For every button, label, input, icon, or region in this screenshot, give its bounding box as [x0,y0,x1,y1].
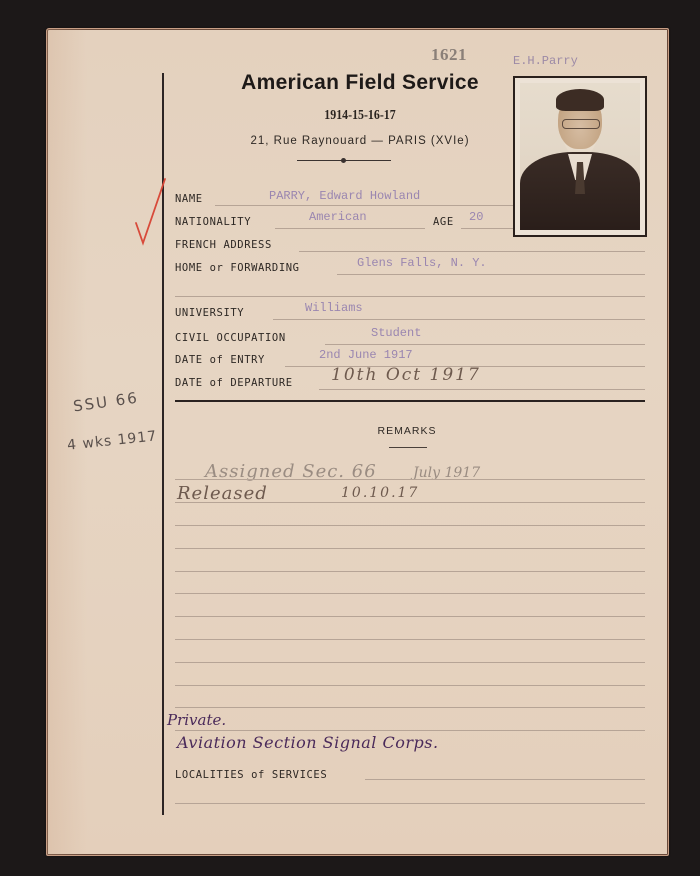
check-mark-icon [133,177,167,247]
field-home-forwarding-line [337,274,645,275]
field-nationality: NATIONALITY [175,210,251,228]
field-name-value: PARRY, Edward Howland [269,189,420,203]
remark-line [175,730,645,731]
field-french-address: FRENCH ADDRESS [175,233,272,251]
field-localities-line [365,779,645,780]
field-home-forwarding-label: HOME or FORWARDING [175,262,300,274]
document-years: 1914-15-16-17 [196,108,524,124]
field-nationality-label: NATIONALITY [175,216,251,228]
field-date-of-departure-label: DATE of DEPARTURE [175,377,293,389]
field-date-of-departure-value: 10th Oct 1917 [331,365,481,385]
field-age-line [461,228,513,229]
field-date-of-entry-value: 2nd June 1917 [319,348,413,362]
field-french-address-label: FRENCH ADDRESS [175,239,272,251]
serial-number: 1621 [431,45,467,65]
remark-released: Released [177,483,268,504]
remark-line [175,525,645,526]
field-nationality-line [275,228,425,229]
photo-image [520,83,640,230]
section-divider [175,400,645,402]
field-home-forwarding: HOME or FORWARDING [175,256,300,274]
record-card: 1621 E.H.Parry American Field Service 19… [46,28,669,856]
remark-line [175,616,645,617]
field-date-of-departure: DATE of DEPARTURE [175,371,293,389]
field-localities-label: LOCALITIES of SERVICES [175,769,327,781]
field-name-line [215,205,513,206]
field-age-value: 20 [469,210,483,224]
field-civil-occupation-label: CIVIL OCCUPATION [175,332,286,344]
field-date-of-departure-line [319,389,645,390]
field-civil-occupation-line [325,344,645,345]
remark-line [175,662,645,663]
note-rank: Private. [167,711,226,729]
field-civil-occupation: CIVIL OCCUPATION [175,326,286,344]
field-university-value: Williams [305,301,363,315]
organization-address: 21, Rue Raynouard — PARIS (XVIe) [167,135,553,147]
ornament-divider [297,160,391,161]
field-university-line [273,319,645,320]
remark-line [175,502,645,503]
document-title: American Field Service [167,71,553,95]
field-date-of-entry: DATE of ENTRY [175,348,265,366]
note-unit: Aviation Section Signal Corps. [177,733,439,752]
blank-line [175,296,645,297]
field-name-label: NAME [175,193,203,205]
field-age-label: AGE [433,216,454,228]
field-french-address-line [299,251,645,252]
remark-line [175,707,645,708]
remarks-underline [389,447,427,448]
portrait-photo [513,76,647,237]
stamped-name: E.H.Parry [513,54,578,68]
field-nationality-value: American [309,210,367,224]
field-university-label: UNIVERSITY [175,307,244,319]
remark-line [175,571,645,572]
field-date-of-entry-label: DATE of ENTRY [175,354,265,366]
field-home-forwarding-value: Glens Falls, N. Y. [357,256,487,270]
remark-line [175,479,645,480]
remark-line [175,593,645,594]
remark-released-date: 10.10.17 [341,485,419,501]
blank-line [175,803,645,804]
remark-line [175,548,645,549]
field-age: AGE [433,210,454,228]
field-university: UNIVERSITY [175,301,244,319]
remark-line [175,685,645,686]
remarks-heading: REMARKS [347,425,467,437]
field-name: NAME [175,187,203,205]
photo-hair [556,89,604,111]
field-localities: LOCALITIES of SERVICES [175,763,327,781]
field-civil-occupation-value: Student [371,326,421,340]
remark-line [175,639,645,640]
photo-glasses [562,119,600,129]
